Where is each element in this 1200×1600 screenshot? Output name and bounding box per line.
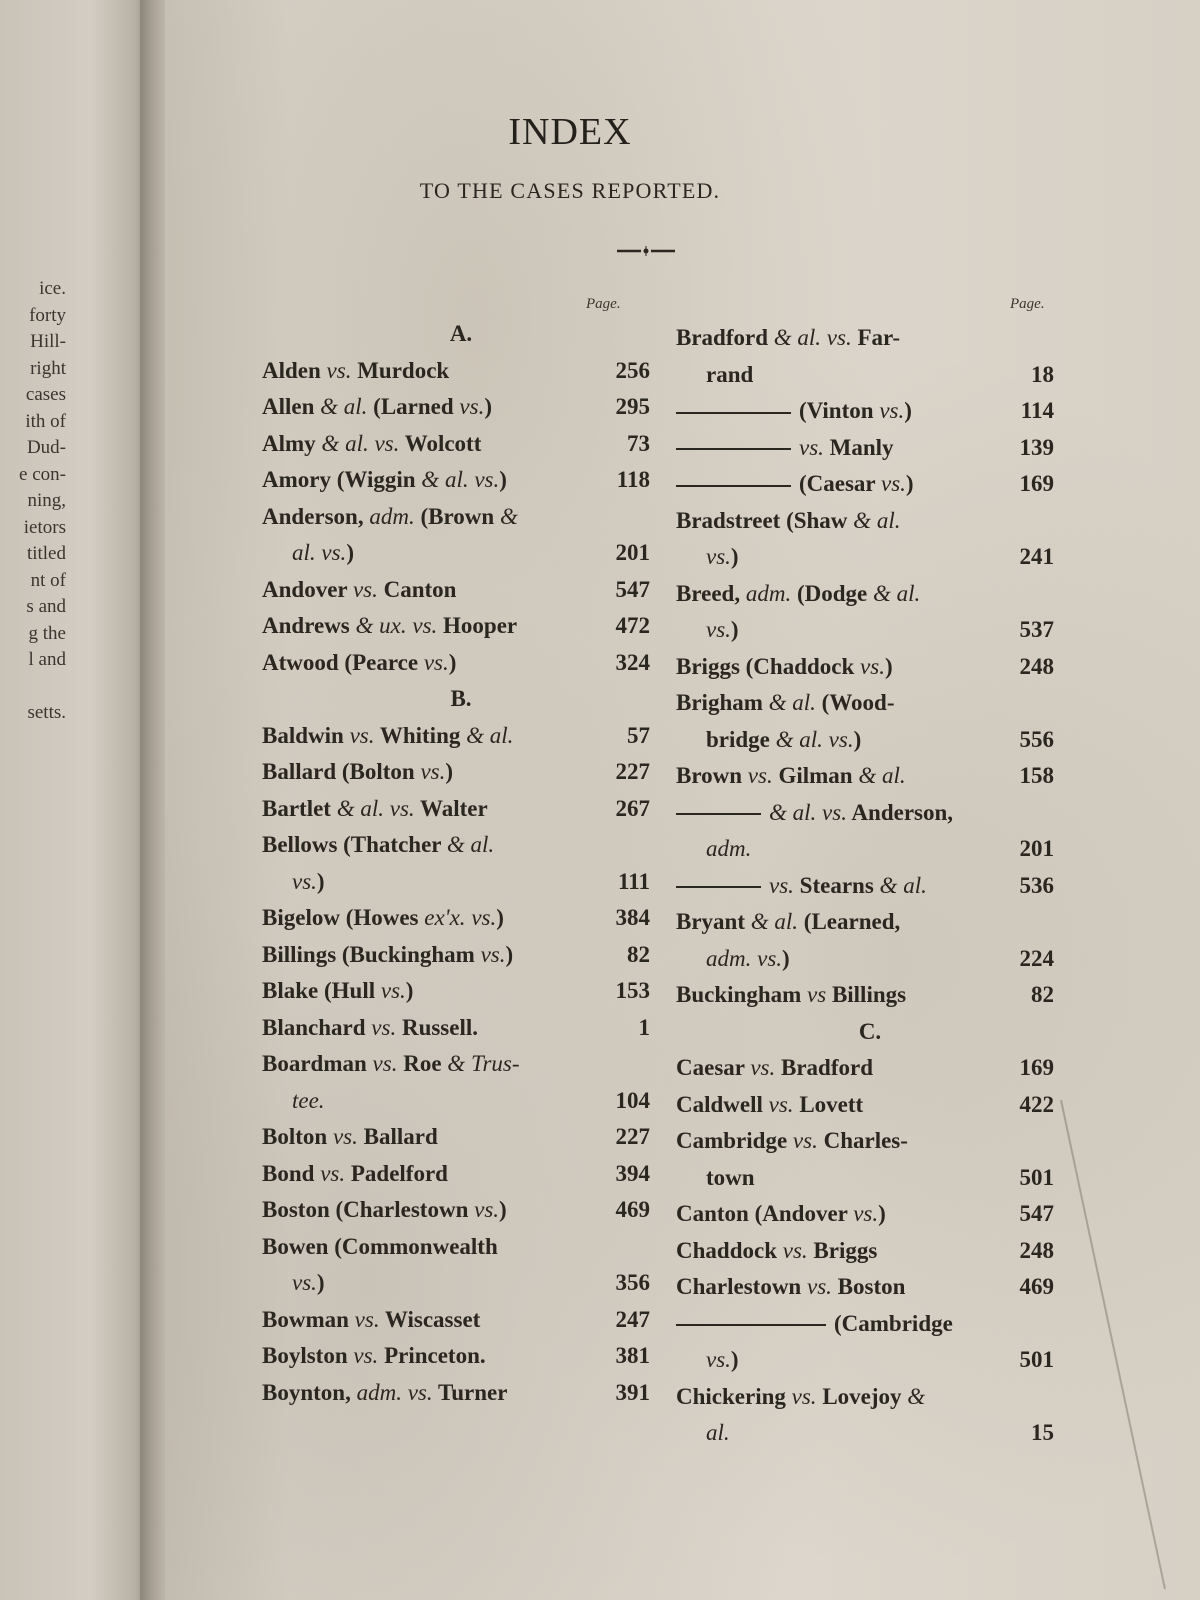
case-name: Bradstreet (Shaw & al. xyxy=(676,503,900,540)
index-entry: Caesar vs. Bradford169 xyxy=(676,1050,1054,1087)
ditto-dash xyxy=(676,813,761,815)
ornament-rule-icon xyxy=(617,246,675,256)
case-name-continued: tee. xyxy=(292,1083,325,1120)
page-number: 201 xyxy=(610,535,650,572)
index-entry: (Caesar vs.)169 xyxy=(676,466,1054,503)
case-name: Buckingham vs Billings xyxy=(676,977,906,1014)
case-name-continued: al. vs.) xyxy=(292,535,354,572)
case-name: Bowen (Commonwealth xyxy=(262,1229,498,1266)
case-name: (Vinton vs.) xyxy=(676,393,912,430)
facing-page-line: right xyxy=(0,356,66,383)
index-entry: Cambridge vs. Charles-town501 xyxy=(676,1123,1054,1196)
case-name: Bolton vs. Ballard xyxy=(262,1119,438,1156)
page-number: 556 xyxy=(1014,722,1054,759)
case-name-continued: vs.) xyxy=(706,539,739,576)
case-name: Boynton, adm. vs. Turner xyxy=(262,1375,507,1412)
case-name: & al. vs. Anderson, xyxy=(676,795,953,832)
page-number: 356 xyxy=(610,1265,650,1302)
page-number: 472 xyxy=(610,608,650,645)
page-number: 114 xyxy=(1014,393,1054,430)
index-column-right: Bradford & al. vs. Far-rand18(Vinton vs.… xyxy=(676,320,1054,1452)
case-name: Baldwin vs. Whiting & al. xyxy=(262,718,513,755)
case-name: Bowman vs. Wiscasset xyxy=(262,1302,480,1339)
facing-page-line: l and xyxy=(0,647,66,674)
case-name: Alden vs. Murdock xyxy=(262,353,449,390)
page-number: 501 xyxy=(1014,1160,1054,1197)
index-entry: Caldwell vs. Lovett422 xyxy=(676,1087,1054,1124)
ditto-dash xyxy=(676,412,791,414)
index-entry: Boardman vs. Roe & Trus-tee.104 xyxy=(262,1046,650,1119)
index-entry: Ballard (Bolton vs.)227 xyxy=(262,754,650,791)
page-number: 201 xyxy=(1014,831,1054,868)
ditto-dash xyxy=(676,886,761,888)
page-number: 501 xyxy=(1014,1342,1054,1379)
index-entry: Bryant & al. (Learned,adm. vs.)224 xyxy=(676,904,1054,977)
page-number xyxy=(610,499,650,536)
case-name: Chaddock vs. Briggs xyxy=(676,1233,877,1270)
case-name: Caesar vs. Bradford xyxy=(676,1050,873,1087)
index-entry: Bradstreet (Shaw & al.vs.)241 xyxy=(676,503,1054,576)
page-number xyxy=(610,1046,650,1083)
page-number: 15 xyxy=(1014,1415,1054,1452)
facing-page-line: s and xyxy=(0,594,66,621)
index-entry: Bartlet & al. vs. Walter267 xyxy=(262,791,650,828)
page-number xyxy=(1014,685,1054,722)
case-name: Andover vs. Canton xyxy=(262,572,456,609)
facing-page-line: ith of xyxy=(0,409,66,436)
index-entry: Bigelow (Howes ex'x. vs.)384 xyxy=(262,900,650,937)
page-number: 536 xyxy=(1014,868,1054,905)
page-number: 158 xyxy=(1014,758,1054,795)
index-entry: Bond vs. Padelford394 xyxy=(262,1156,650,1193)
page-number: 248 xyxy=(1014,649,1054,686)
facing-page-line: cases xyxy=(0,382,66,409)
page-number: 82 xyxy=(1014,977,1054,1014)
facing-page-line: ice. xyxy=(0,276,66,303)
case-name-continued: vs.) xyxy=(292,864,325,901)
page-number: 169 xyxy=(1014,1050,1054,1087)
case-name: Ballard (Bolton vs.) xyxy=(262,754,453,791)
ditto-dash xyxy=(676,448,791,450)
index-entry: (Vinton vs.)114 xyxy=(676,393,1054,430)
index-entry: Chaddock vs. Briggs248 xyxy=(676,1233,1054,1270)
case-name: (Cambridge xyxy=(676,1306,953,1343)
index-entry: Boylston vs. Princeton.381 xyxy=(262,1338,650,1375)
index-entry: Chickering vs. Lovejoy &al.15 xyxy=(676,1379,1054,1452)
index-entry: Bowman vs. Wiscasset247 xyxy=(262,1302,650,1339)
facing-page-line: g the xyxy=(0,621,66,648)
page-column-header-right: Page. xyxy=(1010,296,1045,313)
page-number: 256 xyxy=(610,353,650,390)
page-number xyxy=(1014,1306,1054,1343)
index-entry: Anderson, adm. (Brown &al. vs.)201 xyxy=(262,499,650,572)
case-name: vs. Stearns & al. xyxy=(676,868,927,905)
page-number: 422 xyxy=(1014,1087,1054,1124)
case-name-continued: vs.) xyxy=(706,1342,739,1379)
case-name: Bradford & al. vs. Far- xyxy=(676,320,900,357)
case-name: Boardman vs. Roe & Trus- xyxy=(262,1046,520,1083)
page-number xyxy=(610,827,650,864)
case-name: Chickering vs. Lovejoy & xyxy=(676,1379,925,1416)
case-name: Breed, adm. (Dodge & al. xyxy=(676,576,920,613)
page-number: 295 xyxy=(610,389,650,426)
index-entry: Boston (Charlestown vs.)469 xyxy=(262,1192,650,1229)
index-entry: (Cambridgevs.)501 xyxy=(676,1306,1054,1379)
case-name-continued: bridge & al. vs.) xyxy=(706,722,861,759)
case-name-continued: rand xyxy=(706,357,753,394)
case-name: Atwood (Pearce vs.) xyxy=(262,645,456,682)
facing-page: ice.fortyHill-rightcasesith ofDud-e con-… xyxy=(0,0,150,1600)
case-name-continued: vs.) xyxy=(706,612,739,649)
page-number: 248 xyxy=(1014,1233,1054,1270)
case-name: Boston (Charlestown vs.) xyxy=(262,1192,507,1229)
case-name: Brown vs. Gilman & al. xyxy=(676,758,906,795)
case-name: Andrews & ux. vs. Hooper xyxy=(262,608,517,645)
section-letter: A. xyxy=(262,316,650,353)
case-name-continued: vs.) xyxy=(292,1265,325,1302)
page-number: 469 xyxy=(610,1192,650,1229)
page-number: 324 xyxy=(610,645,650,682)
index-entry: Baldwin vs. Whiting & al.57 xyxy=(262,718,650,755)
index-entry: Boynton, adm. vs. Turner391 xyxy=(262,1375,650,1412)
facing-page-line: setts. xyxy=(0,700,66,727)
index-entry: Buckingham vs Billings82 xyxy=(676,977,1054,1014)
case-name-continued: town xyxy=(706,1160,755,1197)
index-entry: Allen & al. (Larned vs.)295 xyxy=(262,389,650,426)
page-number: 153 xyxy=(610,973,650,1010)
index-entry: Brown vs. Gilman & al.158 xyxy=(676,758,1054,795)
facing-page-line: nt of xyxy=(0,568,66,595)
case-name-continued: adm. vs.) xyxy=(706,941,790,978)
page-number xyxy=(1014,904,1054,941)
index-entry: Bowen (Commonwealthvs.)356 xyxy=(262,1229,650,1302)
ditto-dash xyxy=(676,485,791,487)
index-entry: Bolton vs. Ballard227 xyxy=(262,1119,650,1156)
index-entry: Blanchard vs. Russell.1 xyxy=(262,1010,650,1047)
page-number: 391 xyxy=(610,1375,650,1412)
index-column-left: A.Alden vs. Murdock256Allen & al. (Larne… xyxy=(262,316,650,1411)
case-name: Bartlet & al. vs. Walter xyxy=(262,791,488,828)
index-entry: Bellows (Thatcher & al.vs.)111 xyxy=(262,827,650,900)
ditto-dash xyxy=(676,1324,826,1326)
page-number: 18 xyxy=(1014,357,1054,394)
index-entry: Alden vs. Murdock256 xyxy=(262,353,650,390)
index-entry: Andrews & ux. vs. Hooper472 xyxy=(262,608,650,645)
page-number: 169 xyxy=(1014,466,1054,503)
index-entry: Briggs (Chaddock vs.)248 xyxy=(676,649,1054,686)
page-title: INDEX xyxy=(420,110,720,154)
case-name: Bellows (Thatcher & al. xyxy=(262,827,494,864)
page-number: 241 xyxy=(1014,539,1054,576)
facing-page-line: titled xyxy=(0,541,66,568)
facing-page-text: ice.fortyHill-rightcasesith ofDud-e con-… xyxy=(0,276,66,726)
page-number: 384 xyxy=(610,900,650,937)
case-name: Bryant & al. (Learned, xyxy=(676,904,900,941)
case-name: Blanchard vs. Russell. xyxy=(262,1010,478,1047)
case-name: Briggs (Chaddock vs.) xyxy=(676,649,893,686)
page-number xyxy=(1014,576,1054,613)
page-number xyxy=(1014,1379,1054,1416)
page-number: 1 xyxy=(610,1010,650,1047)
index-entry: Billings (Buckingham vs.)82 xyxy=(262,937,650,974)
case-name: Boylston vs. Princeton. xyxy=(262,1338,486,1375)
page-number: 82 xyxy=(610,937,650,974)
page-number: 73 xyxy=(610,426,650,463)
case-name: Almy & al. vs. Wolcott xyxy=(262,426,481,463)
case-name-continued: al. xyxy=(706,1415,730,1452)
index-entry: Bradford & al. vs. Far-rand18 xyxy=(676,320,1054,393)
case-name: Bond vs. Padelford xyxy=(262,1156,448,1193)
page-column-header-left: Page. xyxy=(586,296,621,313)
page-number: 139 xyxy=(1014,430,1054,467)
case-name-continued: adm. xyxy=(706,831,751,868)
page-number xyxy=(1014,503,1054,540)
index-entry: Atwood (Pearce vs.)324 xyxy=(262,645,650,682)
case-name: Anderson, adm. (Brown & xyxy=(262,499,518,536)
page-number xyxy=(1014,320,1054,357)
page-number: 547 xyxy=(1014,1196,1054,1233)
page-number xyxy=(1014,795,1054,832)
page-number: 104 xyxy=(610,1083,650,1120)
case-name: Caldwell vs. Lovett xyxy=(676,1087,863,1124)
facing-page-line: e con- xyxy=(0,462,66,489)
page-number: 227 xyxy=(610,1119,650,1156)
facing-page-line: ning, xyxy=(0,488,66,515)
index-entry: vs. Stearns & al.536 xyxy=(676,868,1054,905)
case-name: (Caesar vs.) xyxy=(676,466,914,503)
index-entry: Charlestown vs. Boston469 xyxy=(676,1269,1054,1306)
page-number: 224 xyxy=(1014,941,1054,978)
index-entry: Blake (Hull vs.)153 xyxy=(262,973,650,1010)
section-letter: B. xyxy=(262,681,650,718)
index-entry: vs. Manly139 xyxy=(676,430,1054,467)
index-entry: Almy & al. vs. Wolcott73 xyxy=(262,426,650,463)
case-name: Allen & al. (Larned vs.) xyxy=(262,389,492,426)
case-name: Blake (Hull vs.) xyxy=(262,973,413,1010)
section-letter: C. xyxy=(676,1014,1054,1051)
facing-page-line: ietors xyxy=(0,515,66,542)
index-entry: Canton (Andover vs.)547 xyxy=(676,1196,1054,1233)
index-entry: Andover vs. Canton547 xyxy=(262,572,650,609)
page-number: 394 xyxy=(610,1156,650,1193)
page-number xyxy=(1014,1123,1054,1160)
page-number: 57 xyxy=(610,718,650,755)
index-entry: Amory (Wiggin & al. vs.)118 xyxy=(262,462,650,499)
page-subtitle: TO THE CASES REPORTED. xyxy=(290,178,850,204)
page-number: 469 xyxy=(1014,1269,1054,1306)
index-entry: & al. vs. Anderson,adm.201 xyxy=(676,795,1054,868)
page-number: 118 xyxy=(610,462,650,499)
case-name: vs. Manly xyxy=(676,430,894,467)
case-name: Canton (Andover vs.) xyxy=(676,1196,886,1233)
case-name: Bigelow (Howes ex'x. vs.) xyxy=(262,900,504,937)
page-number: 381 xyxy=(610,1338,650,1375)
page-number: 537 xyxy=(1014,612,1054,649)
facing-page-line: Hill- xyxy=(0,329,66,356)
index-entry: Brigham & al. (Wood-bridge & al. vs.)556 xyxy=(676,685,1054,758)
case-name: Amory (Wiggin & al. vs.) xyxy=(262,462,507,499)
page-number: 547 xyxy=(610,572,650,609)
facing-page-line: forty xyxy=(0,303,66,330)
page-number: 267 xyxy=(610,791,650,828)
case-name: Brigham & al. (Wood- xyxy=(676,685,895,722)
page-number: 247 xyxy=(610,1302,650,1339)
facing-page-line: Dud- xyxy=(0,435,66,462)
page-number: 111 xyxy=(610,864,650,901)
case-name: Charlestown vs. Boston xyxy=(676,1269,905,1306)
page-number: 227 xyxy=(610,754,650,791)
index-entry: Breed, adm. (Dodge & al.vs.)537 xyxy=(676,576,1054,649)
page-number xyxy=(610,1229,650,1266)
case-name: Billings (Buckingham vs.) xyxy=(262,937,513,974)
case-name: Cambridge vs. Charles- xyxy=(676,1123,908,1160)
